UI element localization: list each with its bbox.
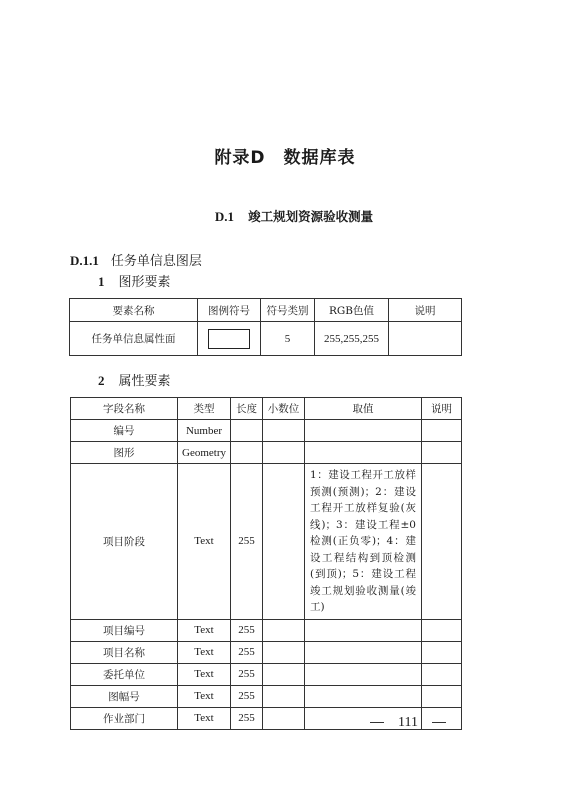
header-cell: 类型 [178,398,231,420]
field-name: 项目编号 [71,619,178,641]
field-value [305,420,422,442]
field-type: Text [178,685,231,707]
subsection-heading: D.1.1任务单信息图层 [70,250,202,269]
section-heading: D.1竣工规划资源验收测量 [0,207,570,225]
section-number: D.1 [215,209,234,224]
field-value [305,619,422,641]
header-cell: RGB色值 [315,299,389,322]
item-heading-graphic: 1图形要素 [98,271,171,290]
appendix-title: 附录D 数据库表 [0,143,570,168]
field-name: 项目阶段 [71,464,178,620]
field-value [305,641,422,663]
attribute-elements-table: 字段名称 类型 长度 小数位 取值 说明 编号 Number 图形 Geomet… [70,397,462,730]
element-name: 任务单信息属性面 [70,322,198,356]
field-decimals [263,685,305,707]
field-type: Text [178,707,231,729]
field-name: 图形 [71,442,178,464]
field-length: 255 [231,619,263,641]
dash-decoration [432,722,446,723]
field-note [422,442,462,464]
field-type: Text [178,464,231,620]
field-name: 作业部门 [71,707,178,729]
table-row: 编号 Number [71,420,462,442]
field-decimals [263,442,305,464]
field-length [231,420,263,442]
field-name: 图幅号 [71,685,178,707]
table-row: 任务单信息属性面 5 255,255,255 [70,322,462,356]
field-decimals [263,641,305,663]
table-header-row: 要素名称 图例符号 符号类别 RGB色值 说明 [70,299,462,322]
graphic-elements-table: 要素名称 图例符号 符号类别 RGB色值 说明 任务单信息属性面 5 255,2… [69,298,462,356]
field-length: 255 [231,685,263,707]
field-note [422,619,462,641]
dash-decoration [370,722,384,723]
field-length: 255 [231,663,263,685]
field-type: Text [178,663,231,685]
header-cell: 取值 [305,398,422,420]
field-value [305,685,422,707]
field-value [305,663,422,685]
section-title: 竣工规划资源验收测量 [248,209,373,224]
field-decimals [263,420,305,442]
page-number: 111 [370,715,446,731]
table-row: 委托单位 Text 255 [71,663,462,685]
field-value: 1：建设工程开工放样预测(预测)；2：建设工程开工放样复验(灰线)；3：建设工程… [305,464,422,620]
field-length: 255 [231,464,263,620]
header-cell: 要素名称 [70,299,198,322]
header-cell: 长度 [231,398,263,420]
rgb-value: 255,255,255 [315,322,389,356]
table-row: 图形 Geometry [71,442,462,464]
subsection-number: D.1.1 [70,253,99,268]
legend-symbol-cell [198,322,261,356]
field-decimals [263,663,305,685]
field-type: Text [178,619,231,641]
symbol-type: 5 [261,322,315,356]
field-type: Text [178,641,231,663]
item-number: 2 [98,373,105,388]
note [389,322,462,356]
table-row: 图幅号 Text 255 [71,685,462,707]
field-name: 编号 [71,420,178,442]
table-row: 项目编号 Text 255 [71,619,462,641]
table-row: 项目阶段 Text 255 1：建设工程开工放样预测(预测)；2：建设工程开工放… [71,464,462,620]
field-note [422,464,462,620]
field-type: Number [178,420,231,442]
item-number: 1 [98,274,105,289]
field-note [422,641,462,663]
field-decimals [263,464,305,620]
field-length [231,442,263,464]
field-length: 255 [231,641,263,663]
item-title: 图形要素 [119,275,171,290]
header-cell: 字段名称 [71,398,178,420]
subsection-title: 任务单信息图层 [111,254,202,269]
header-cell: 图例符号 [198,299,261,322]
header-cell: 说明 [422,398,462,420]
header-cell: 符号类别 [261,299,315,322]
field-name: 委托单位 [71,663,178,685]
field-decimals [263,707,305,729]
field-note [422,685,462,707]
table-row: 项目名称 Text 255 [71,641,462,663]
item-title: 属性要素 [119,374,171,389]
page-number-value: 111 [398,715,418,730]
field-value [305,442,422,464]
item-heading-attribute: 2属性要素 [98,370,171,389]
field-name: 项目名称 [71,641,178,663]
field-note [422,420,462,442]
field-note [422,663,462,685]
legend-rectangle-icon [208,329,250,349]
header-cell: 说明 [389,299,462,322]
table-header-row: 字段名称 类型 长度 小数位 取值 说明 [71,398,462,420]
field-type: Geometry [178,442,231,464]
header-cell: 小数位 [263,398,305,420]
field-length: 255 [231,707,263,729]
field-decimals [263,619,305,641]
